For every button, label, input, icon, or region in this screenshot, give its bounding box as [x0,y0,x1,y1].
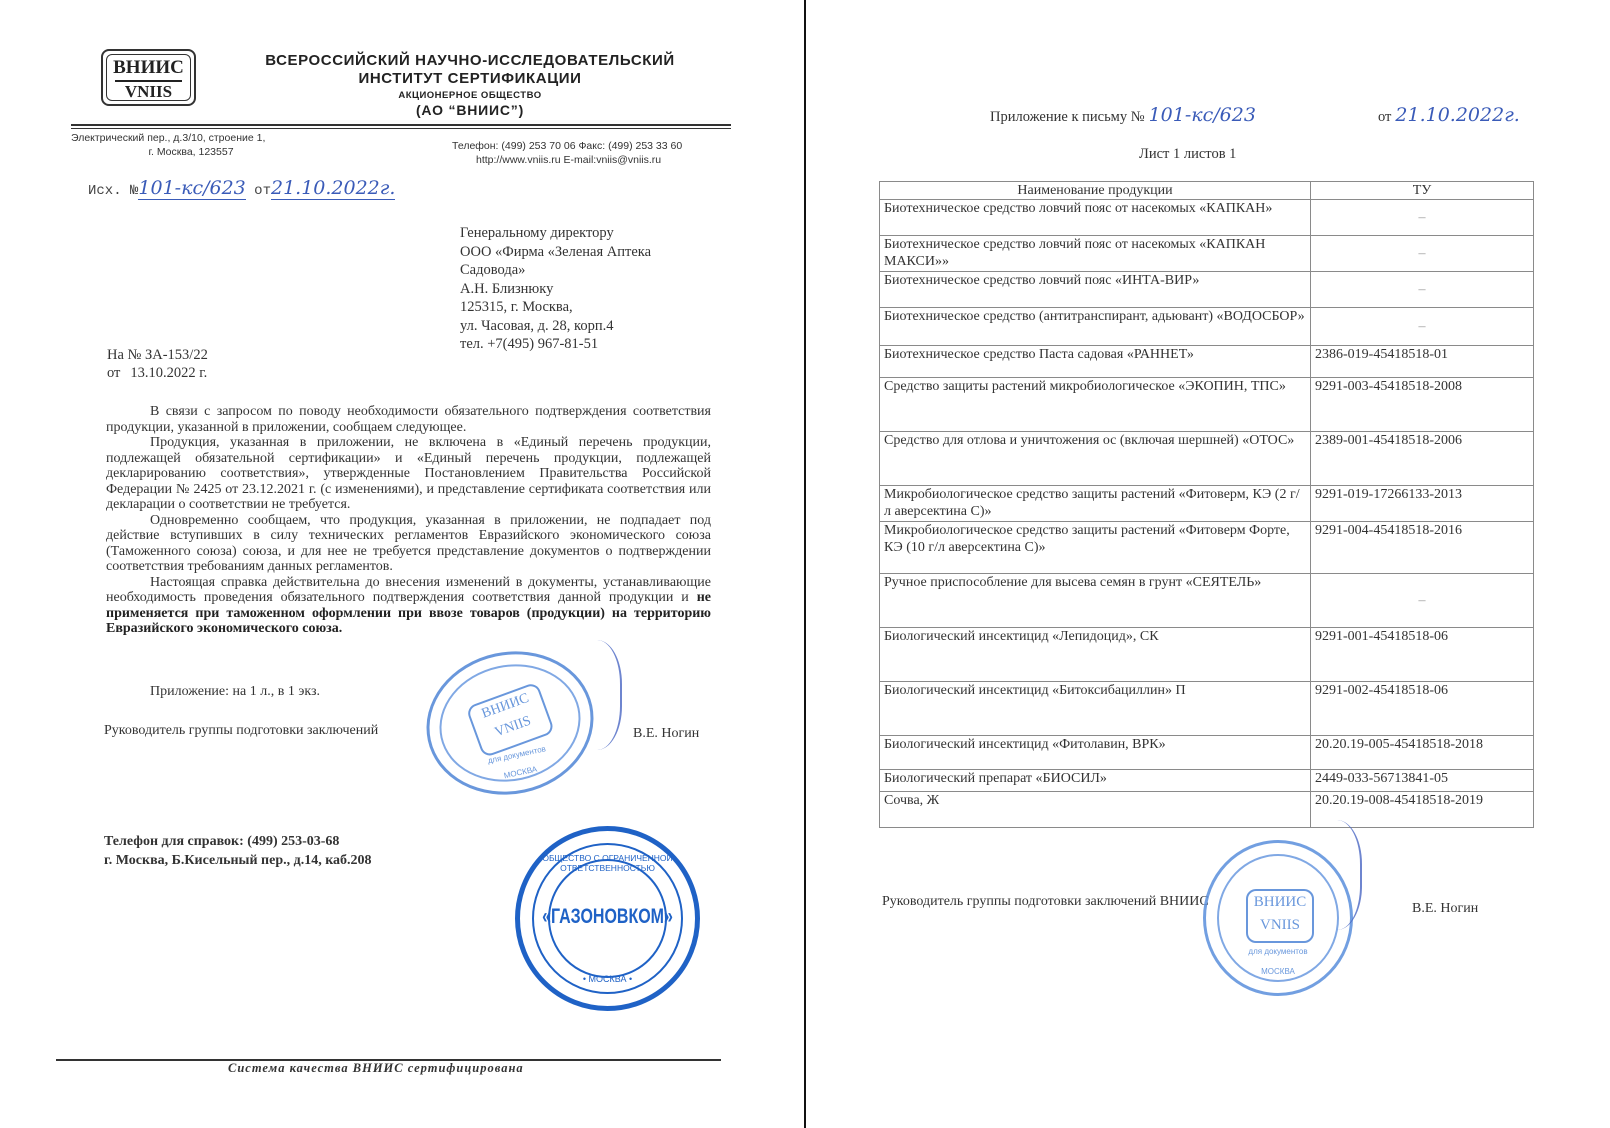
table-row: Биотехническое средство ловчий пояс от н… [880,236,1534,272]
tu-cell: 9291-004-45418518-2016 [1311,522,1534,574]
table-row: Биотехническое средство Паста садовая «Р… [880,346,1534,378]
appendix-title: Приложение к письму №101-кс/623 [990,104,1256,126]
outgoing-number: Исх. №101-кс/623 от21.10.2022г. [88,177,395,199]
table-row: Ручное приспособление для высева семян в… [880,574,1534,628]
tu-cell: 9291-019-17266133-2013 [1311,486,1534,522]
org-address: Электрический пер., д.3/10, строение 1, … [71,131,331,159]
tu-cell: – [1311,308,1534,346]
signer-name: В.Е. Ногин [633,726,699,742]
org-short-name: (АО “ВНИИС”) [250,102,690,118]
organization-header: ВСЕРОССИЙСКИЙ НАУЧНО-ИССЛЕДОВАТЕЛЬСКИЙ И… [250,52,690,118]
gazonovkom-stamp: ОБЩЕСТВО С ОГРАНИЧЕННОЙ ОТВЕТСТВЕННОСТЬЮ… [515,826,700,1011]
vniis-logo: ВНИИС VNIIS [101,49,196,106]
logo-text-en: VNIIS [103,82,194,102]
product-name-cell: Биологический препарат «БИОСИЛ» [880,770,1311,792]
org-name-line1: ВСЕРОССИЙСКИЙ НАУЧНО-ИССЛЕДОВАТЕЛЬСКИЙ [250,52,690,69]
tu-cell: 2386-019-45418518-01 [1311,346,1534,378]
org-contacts: Телефон: (499) 253 70 06 Факс: (499) 253… [452,139,742,167]
table-row: Сочва, Ж20.20.19-008-45418518-2019 [880,792,1534,828]
tu-cell: – [1311,272,1534,308]
paragraph: В связи с запросом по поводу необходимос… [106,404,711,435]
product-name-cell: Биотехническое средство ловчий пояс от н… [880,200,1311,236]
tu-cell: – [1311,574,1534,628]
handwritten-date: 21.10.2022г. [1395,104,1519,126]
help-phone: Телефон для справок: (499) 253-03-68 [104,832,372,851]
table-row: Микробиологическое средство защиты расте… [880,486,1534,522]
org-web-email: http://www.vniis.ru E-mail:vniis@vniis.r… [452,153,742,167]
handwritten-number: 101-кс/623 [1149,104,1256,126]
table-row: Средство защиты растений микробиологичес… [880,378,1534,432]
logo-text-ru: ВНИИС [103,57,194,79]
tu-cell: 9291-001-45418518-06 [1311,628,1534,682]
appendix-signer-name: В.Е. Ногин [1412,901,1478,917]
letter-body: В связи с запросом по поводу необходимос… [106,404,711,637]
header-rule-thin [71,128,731,129]
table-row: Биотехническое средство ловчий пояс «ИНТ… [880,272,1534,308]
product-name-cell: Средство защиты растений микробиологичес… [880,378,1311,432]
product-name-cell: Биотехническое средство ловчий пояс от н… [880,236,1311,272]
signature-stroke [560,640,622,750]
appendix-signer-title: Руководитель группы подготовки заключени… [882,894,1209,910]
table-row: Биологический препарат «БИОСИЛ»2449-033-… [880,770,1534,792]
product-name-cell: Микробиологическое средство защиты расте… [880,486,1311,522]
tu-cell: 20.20.19-005-45418518-2018 [1311,736,1534,770]
product-name-cell: Биологический инсектицид «Битоксибацилли… [880,682,1311,736]
org-type: АКЦИОНЕРНОЕ ОБЩЕСТВО [250,90,690,101]
table-row: Микробиологическое средство защиты расте… [880,522,1534,574]
org-name-line2: ИНСТИТУТ СЕРТИФИКАЦИИ [250,70,690,87]
product-name-cell: Микробиологическое средство защиты расте… [880,522,1311,574]
tu-cell: 2449-033-56713841-05 [1311,770,1534,792]
table-row: Биотехническое средство ловчий пояс от н… [880,200,1534,236]
product-name-cell: Сочва, Ж [880,792,1311,828]
products-table: Наименование продукции ТУ Биотехническое… [879,181,1534,828]
product-name-cell: Биологический инсектицид «Лепидоцид», СК [880,628,1311,682]
reference-block: На № ЗА-153/22 от13.10.2022 г. [107,346,208,382]
table-row: Средство для отлова и уничтожения ос (вк… [880,432,1534,486]
signer-title: Руководитель группы подготовки заключени… [104,723,378,739]
table-header-row: Наименование продукции ТУ [880,182,1534,200]
help-address: г. Москва, Б.Кисельный пер., д.14, каб.2… [104,851,372,870]
help-contacts: Телефон для справок: (499) 253-03-68 г. … [104,832,372,870]
product-name-cell: Биотехническое средство (антитранспирант… [880,308,1311,346]
tu-cell: 9291-002-45418518-06 [1311,682,1534,736]
product-name-cell: Ручное приспособление для высева семян в… [880,574,1311,628]
table-row: Биологический инсектицид «Лепидоцид», СК… [880,628,1534,682]
signature-stroke [1300,820,1362,930]
column-header-name: Наименование продукции [880,182,1311,200]
paragraph: Одновременно сообщаем, что продукция, ук… [106,513,711,575]
appendix-date: от21.10.2022г. [1378,104,1520,126]
product-name-cell: Средство для отлова и уничтожения ос (вк… [880,432,1311,486]
quality-footer: Система качества ВНИИС сертифицирована [228,1061,524,1076]
tu-cell: – [1311,200,1534,236]
table-row: Биологический инсектицид «Фитолавин, ВРК… [880,736,1534,770]
paragraph: Настоящая справка действительна до внесе… [106,575,711,637]
header-rule [71,124,731,126]
column-header-tu: ТУ [1311,182,1534,200]
tu-cell: 9291-003-45418518-2008 [1311,378,1534,432]
page-divider [804,0,806,1128]
paragraph: Продукция, указанная в приложении, не вк… [106,435,711,513]
handwritten-number: 101-кс/623 [138,177,245,200]
sheet-count: Лист 1 листов 1 [1139,146,1236,163]
tu-cell: 2389-001-45418518-2006 [1311,432,1534,486]
table-row: Биотехническое средство (антитранспирант… [880,308,1534,346]
product-name-cell: Биотехническое средство ловчий пояс «ИНТ… [880,272,1311,308]
recipient-block: Генеральному директору ООО «Фирма «Зелен… [460,224,651,354]
attachment-note: Приложение: на 1 л., в 1 экз. [150,684,320,700]
handwritten-date: 21.10.2022г. [271,177,395,200]
table-row: Биологический инсектицид «Битоксибацилли… [880,682,1534,736]
tu-cell: – [1311,236,1534,272]
product-name-cell: Биологический инсектицид «Фитолавин, ВРК… [880,736,1311,770]
org-phone-fax: Телефон: (499) 253 70 06 Факс: (499) 253… [452,139,742,153]
product-name-cell: Биотехническое средство Паста садовая «Р… [880,346,1311,378]
